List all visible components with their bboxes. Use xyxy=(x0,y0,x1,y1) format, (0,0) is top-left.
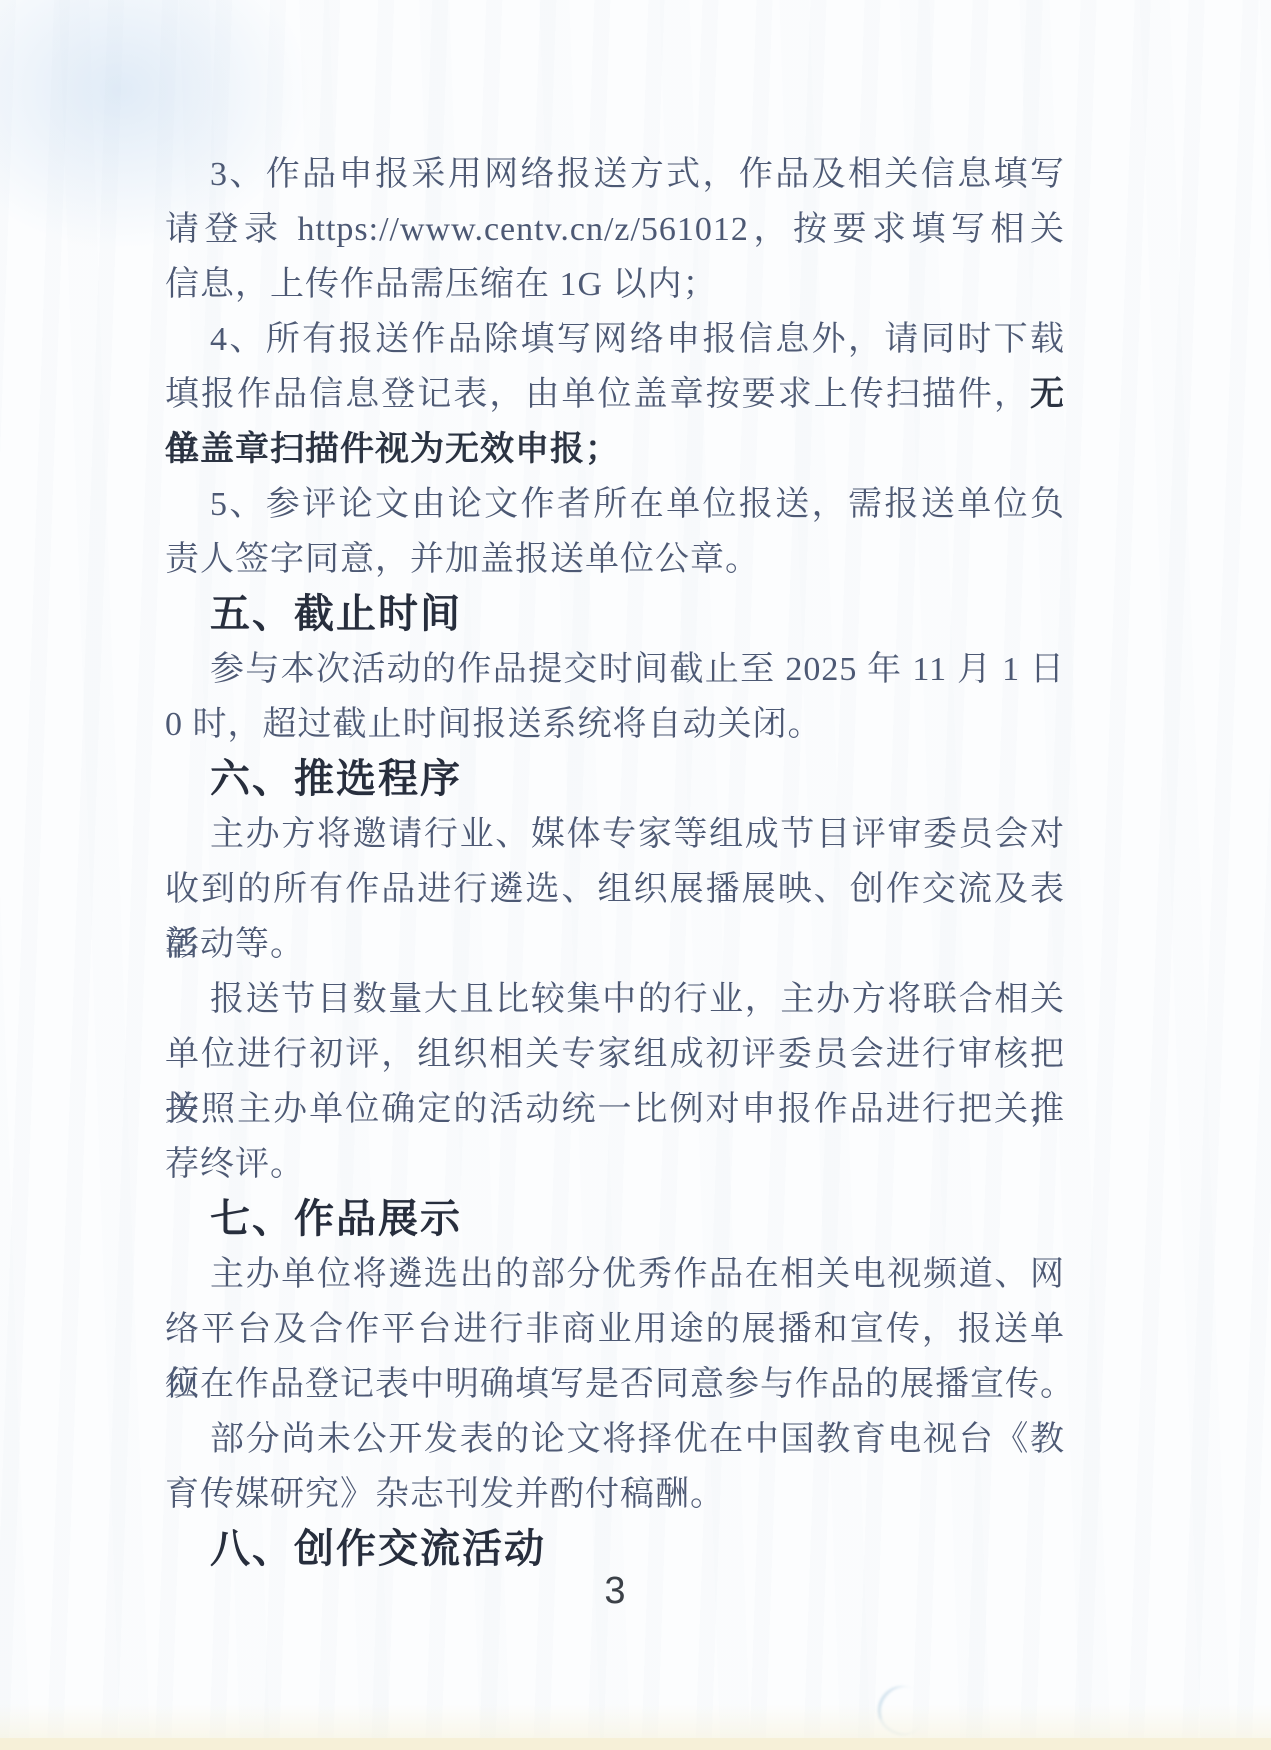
section-heading: 八、创作交流活动 xyxy=(165,1522,1065,1577)
text-segment: 部分尚未公开发表的论文将择优在中国教育电视台《教 xyxy=(210,1421,1065,1458)
text-segment: 按照主办单位确定的活动统一比例对申报作品进行把关推 xyxy=(165,1091,1065,1128)
text-segment: 活动等。 xyxy=(165,926,305,963)
text-line: 责人签字同意，并加盖报送单位公章。 xyxy=(165,532,1065,587)
text-line: 单位进行初评，组织相关专家组成初评委员会进行审核把关， xyxy=(165,1027,1065,1082)
text-segment: 4、所有报送作品除填写网络申报信息外，请同时下载 xyxy=(210,321,1065,358)
text-segment: 0 时，超过截止时间报送系统将自动关闭。 xyxy=(165,706,823,743)
text-line: 收到的所有作品进行遴选、组织展播展映、创作交流及表彰 xyxy=(165,862,1065,917)
scanned-document-page: 3、作品申报采用网络报送方式，作品及相关信息填写请登录 https://www.… xyxy=(0,0,1271,1750)
section-heading: 七、作品展示 xyxy=(165,1192,1065,1247)
section-heading: 六、推选程序 xyxy=(165,752,1065,807)
text-line: 0 时，超过截止时间报送系统将自动关闭。 xyxy=(165,697,1065,752)
page-number: 3 xyxy=(165,1570,1065,1612)
text-segment: 3、作品申报采用网络报送方式，作品及相关信息填写 xyxy=(210,156,1065,193)
text-segment: 主办方将邀请行业、媒体专家等组成节目评审委员会对 xyxy=(210,816,1065,853)
text-segment: 信息，上传作品需压缩在 1G 以内； xyxy=(165,266,718,303)
text-segment: 主办单位将遴选出的部分优秀作品在相关电视频道、网 xyxy=(210,1256,1065,1293)
text-line: 参与本次活动的作品提交时间截止至 2025 年 11 月 1 日 xyxy=(165,642,1065,697)
text-line: 主办单位将遴选出的部分优秀作品在相关电视频道、网 xyxy=(165,1247,1065,1302)
text-line: 报送节目数量大且比较集中的行业，主办方将联合相关 xyxy=(165,972,1065,1027)
text-line: 填报作品信息登记表，由单位盖章按要求上传扫描件，无单 xyxy=(165,367,1065,422)
scan-smudge-artifact xyxy=(869,1678,933,1742)
text-segment: 请登录 https://www.centv.cn/z/561012，按要求填写相… xyxy=(165,211,1065,248)
text-segment: 荐终评。 xyxy=(165,1146,305,1183)
text-line: 信息，上传作品需压缩在 1G 以内； xyxy=(165,257,1065,312)
section-heading: 五、截止时间 xyxy=(165,587,1065,642)
bold-text-segment: 六、推选程序 xyxy=(210,757,462,801)
text-line: 5、参评论文由论文作者所在单位报送，需报送单位负 xyxy=(165,477,1065,532)
text-line: 按照主办单位确定的活动统一比例对申报作品进行把关推 xyxy=(165,1082,1065,1137)
text-segment: 参与本次活动的作品提交时间截止至 2025 年 11 月 1 日 xyxy=(210,651,1065,688)
scan-bottom-edge xyxy=(0,1738,1271,1750)
text-line: 须在作品登记表中明确填写是否同意参与作品的展播宣传。 xyxy=(165,1357,1065,1412)
text-segment: 育传媒研究》杂志刊发并酌付稿酬。 xyxy=(165,1476,725,1513)
text-line: 3、作品申报采用网络报送方式，作品及相关信息填写 xyxy=(165,147,1065,202)
bold-text-segment: 八、创作交流活动 xyxy=(210,1527,546,1571)
text-line: 络平台及合作平台进行非商业用途的展播和宣传，报送单位 xyxy=(165,1302,1065,1357)
bold-text-segment: 七、作品展示 xyxy=(210,1197,462,1241)
text-segment: 责人签字同意，并加盖报送单位公章。 xyxy=(165,541,760,578)
bold-text-segment: 位盖章扫描件视为无效申报； xyxy=(165,430,620,468)
text-line: 活动等。 xyxy=(165,917,1065,972)
text-line: 4、所有报送作品除填写网络申报信息外，请同时下载 xyxy=(165,312,1065,367)
text-line: 主办方将邀请行业、媒体专家等组成节目评审委员会对 xyxy=(165,807,1065,862)
text-line: 部分尚未公开发表的论文将择优在中国教育电视台《教 xyxy=(165,1412,1065,1467)
text-segment: 填报作品信息登记表，由单位盖章按要求上传扫描件， xyxy=(165,376,1030,413)
text-line: 育传媒研究》杂志刊发并酌付稿酬。 xyxy=(165,1467,1065,1522)
text-line: 位盖章扫描件视为无效申报； xyxy=(165,422,1065,477)
document-body: 3、作品申报采用网络报送方式，作品及相关信息填写请登录 https://www.… xyxy=(165,147,1065,1577)
text-segment: 5、参评论文由论文作者所在单位报送，需报送单位负 xyxy=(210,486,1065,523)
scan-bottom-glow xyxy=(0,1704,1271,1738)
text-line: 请登录 https://www.centv.cn/z/561012，按要求填写相… xyxy=(165,202,1065,257)
text-line: 荐终评。 xyxy=(165,1137,1065,1192)
bold-text-segment: 五、截止时间 xyxy=(210,592,462,636)
text-segment: 须在作品登记表中明确填写是否同意参与作品的展播宣传。 xyxy=(165,1366,1075,1403)
text-segment: 报送节目数量大且比较集中的行业，主办方将联合相关 xyxy=(210,981,1065,1018)
